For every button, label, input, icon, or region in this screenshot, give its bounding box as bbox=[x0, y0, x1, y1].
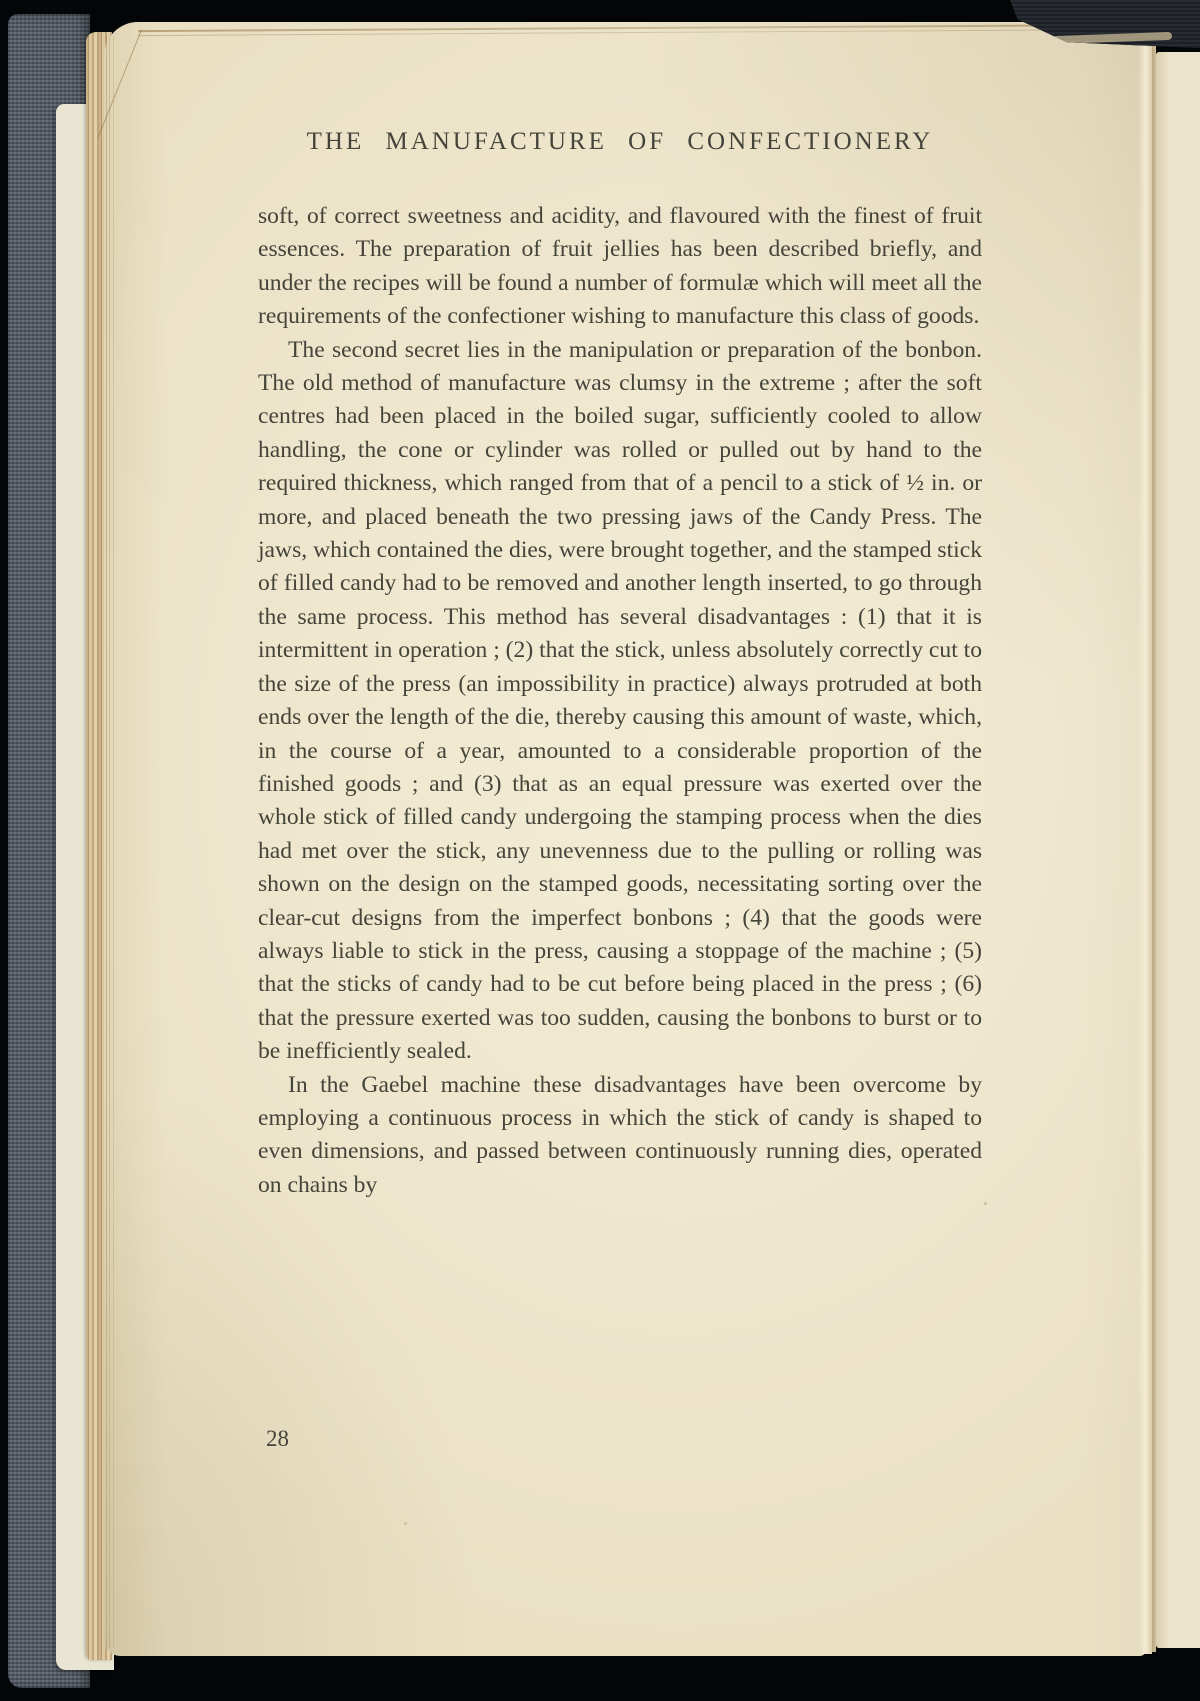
paragraph: soft, of correct sweetness and acidity, … bbox=[258, 200, 982, 334]
gutter-crease-highlight bbox=[1138, 22, 1152, 1654]
corner-crease-line bbox=[98, 30, 142, 138]
torn-paper-bit bbox=[1052, 32, 1172, 44]
paper-speck bbox=[404, 1522, 407, 1525]
page-number: 28 bbox=[266, 1426, 289, 1452]
page-edge-striation bbox=[106, 36, 107, 1648]
book-page: THE MANUFACTURE OF CONFECTIONERY soft, o… bbox=[104, 22, 1146, 1656]
paragraph: The second secret lies in the manipulati… bbox=[258, 334, 982, 1069]
facing-page-edge bbox=[1156, 52, 1200, 1648]
book-scan: THE MANUFACTURE OF CONFECTIONERY soft, o… bbox=[0, 0, 1200, 1701]
page-heading: THE MANUFACTURE OF CONFECTIONERY bbox=[258, 128, 982, 156]
body-text: soft, of correct sweetness and acidity, … bbox=[258, 200, 982, 1202]
paper-speck bbox=[524, 782, 527, 785]
paper-speck bbox=[984, 1202, 987, 1205]
page-edge-striation bbox=[113, 36, 114, 1648]
paragraph: In the Gaebel machine these disadvantage… bbox=[258, 1069, 982, 1203]
page-edge-striation bbox=[109, 36, 110, 1648]
